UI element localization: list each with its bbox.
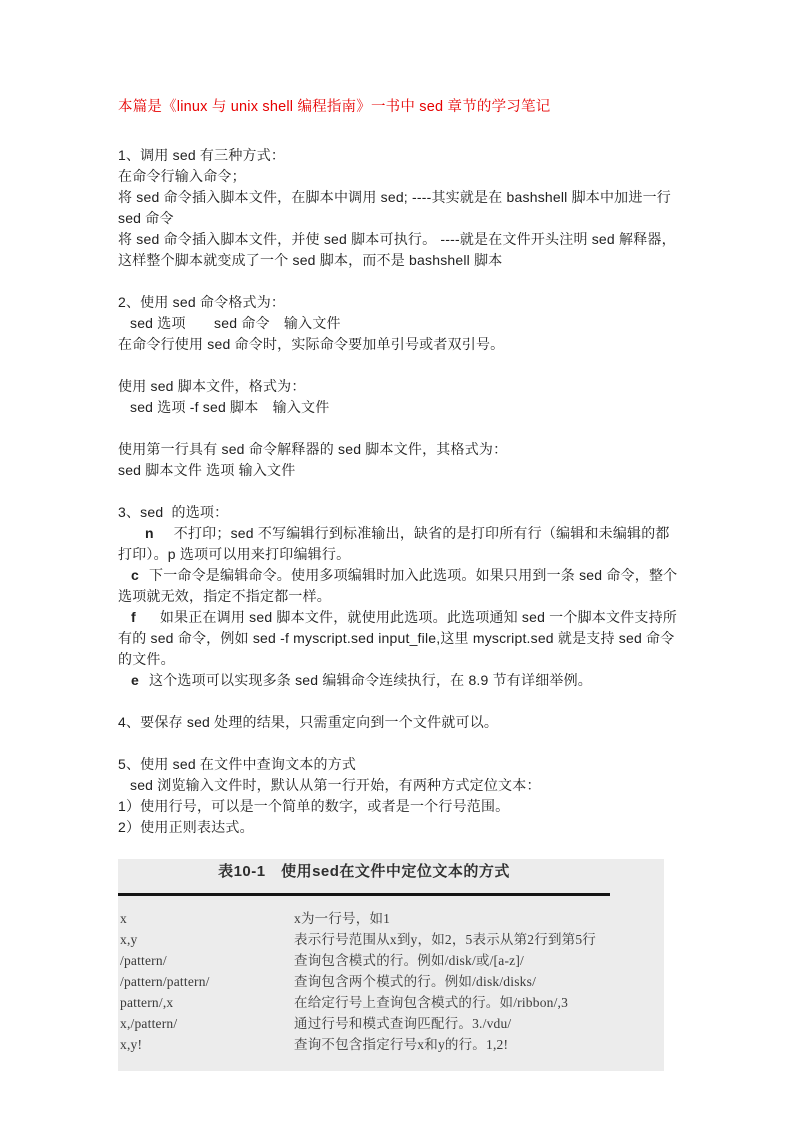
table-cell-pattern: x,y bbox=[118, 929, 294, 950]
scanned-table-image: 表10-1 使用sed在文件中定位文本的方式 x x为一行号，如1 x,y 表示… bbox=[118, 859, 664, 1071]
paragraph-line: 1）使用行号，可以是一个简单的数字，或者是一个行号范围。 bbox=[118, 796, 678, 817]
section-sed-options: 3、sed 的选项： n不打印；sed 不写编辑行到标准输出，缺省的是打印所有行… bbox=[118, 502, 678, 691]
option-key-f: f bbox=[131, 609, 136, 625]
doc-title: 本篇是《linux 与 unix shell 编程指南》一书中 sed 章节的学… bbox=[118, 97, 678, 118]
option-text: 不打印；sed 不写编辑行到标准输出，缺省的是打印所有行（编辑和未编辑的都打印）… bbox=[118, 525, 670, 562]
paragraph-line: 在命令行使用 sed 命令时，实际命令要加单引号或者双引号。 bbox=[118, 334, 678, 355]
table-cell-desc: 查询不包含指定行号x和y的行。1,2! bbox=[294, 1034, 664, 1055]
option-key-c: c bbox=[131, 567, 139, 583]
section-heading: 5、使用 sed 在文件中查询文本的方式 bbox=[118, 754, 678, 775]
section-heading: 使用第一行具有 sed 命令解释器的 sed 脚本文件，其格式为： bbox=[118, 439, 678, 460]
table-cell-desc: 通过行号和模式查询匹配行。3./vdu/ bbox=[294, 1013, 664, 1034]
table-row: x,y! 查询不包含指定行号x和y的行。1,2! bbox=[118, 1034, 664, 1055]
section-sed-interpreter-format: 使用第一行具有 sed 命令解释器的 sed 脚本文件，其格式为： sed 脚本… bbox=[118, 439, 678, 481]
paragraph-line: 1、调用 sed 有三种方式： bbox=[118, 145, 678, 166]
paragraph-line: 将 sed 命令插入脚本文件，并使 sed 脚本可执行。 ----就是在文件开头… bbox=[118, 229, 678, 271]
table-cell-desc: 在给定行号上查询包含模式的行。如/ribbon/,3 bbox=[294, 992, 664, 1013]
table-cell-pattern: x,/pattern/ bbox=[118, 1013, 294, 1034]
section-heading: 2、使用 sed 命令格式为： bbox=[118, 292, 678, 313]
table-top-rule bbox=[118, 893, 610, 896]
option-n: n不打印；sed 不写编辑行到标准输出，缺省的是打印所有行（编辑和未编辑的都打印… bbox=[118, 523, 678, 565]
option-key-n: n bbox=[145, 525, 154, 541]
table-row: pattern/,x 在给定行号上查询包含模式的行。如/ribbon/,3 bbox=[118, 992, 664, 1013]
table-cell-desc: x为一行号，如1 bbox=[294, 908, 664, 929]
table-cell-pattern: pattern/,x bbox=[118, 992, 294, 1013]
option-e: e这个选项可以实现多条 sed 编辑命令连续执行，在 8.9 节有详细举例。 bbox=[118, 670, 678, 691]
paragraph-line: 2）使用正则表达式。 bbox=[118, 817, 678, 838]
table-cell-pattern: x bbox=[118, 908, 294, 929]
section-heading: 3、sed 的选项： bbox=[118, 502, 678, 523]
table-row: /pattern/pattern/ 查询包含两个模式的行。例如/disk/dis… bbox=[118, 971, 664, 992]
option-text: 如果正在调用 sed 脚本文件，就使用此选项。此选项通知 sed 一个脚本文件支… bbox=[118, 609, 677, 667]
paragraph-line: 4、要保存 sed 处理的结果，只需重定向到一个文件就可以。 bbox=[118, 712, 678, 733]
paragraph-line: 将 sed 命令插入脚本文件，在脚本中调用 sed; ----其实就是在 bas… bbox=[118, 187, 678, 229]
option-text: 下一命令是编辑命令。使用多项编辑时加入此选项。如果只用到一条 sed 命令，整个… bbox=[118, 567, 677, 604]
paragraph-line: 在命令行输入命令； bbox=[118, 166, 678, 187]
format-line: sed 选项 sed 命令 输入文件 bbox=[118, 313, 678, 334]
table-cell-pattern: x,y! bbox=[118, 1034, 294, 1055]
document-page: 本篇是《linux 与 unix shell 编程指南》一书中 sed 章节的学… bbox=[118, 97, 678, 1071]
table-row: x,/pattern/ 通过行号和模式查询匹配行。3./vdu/ bbox=[118, 1013, 664, 1034]
option-f: f如果正在调用 sed 脚本文件，就使用此选项。此选项通知 sed 一个脚本文件… bbox=[118, 607, 678, 670]
table-cell-desc: 查询包含两个模式的行。例如/disk/disks/ bbox=[294, 971, 664, 992]
option-key-e: e bbox=[131, 672, 139, 688]
option-c: c下一命令是编辑命令。使用多项编辑时加入此选项。如果只用到一条 sed 命令，整… bbox=[118, 565, 678, 607]
format-line: sed 选项 -f sed 脚本 输入文件 bbox=[118, 397, 678, 418]
table-caption: 表10-1 使用sed在文件中定位文本的方式 bbox=[118, 861, 610, 882]
table-cell-desc: 表示行号范围从x到y，如2，5表示从第2行到第5行 bbox=[294, 929, 664, 950]
section-heading: 使用 sed 脚本文件，格式为： bbox=[118, 376, 678, 397]
format-line: sed 脚本文件 选项 输入文件 bbox=[118, 460, 678, 481]
section-sed-command-format: 2、使用 sed 命令格式为： sed 选项 sed 命令 输入文件 在命令行使… bbox=[118, 292, 678, 355]
table-cell-desc: 查询包含模式的行。例如/disk/或/[a-z]/ bbox=[294, 950, 664, 971]
section-save-results: 4、要保存 sed 处理的结果，只需重定向到一个文件就可以。 bbox=[118, 712, 678, 733]
section-sed-script-format: 使用 sed 脚本文件，格式为： sed 选项 -f sed 脚本 输入文件 bbox=[118, 376, 678, 418]
section-invoke-sed: 1、调用 sed 有三种方式： 在命令行输入命令； 将 sed 命令插入脚本文件… bbox=[118, 145, 678, 271]
table-cell-pattern: /pattern/pattern/ bbox=[118, 971, 294, 992]
table-row: x x为一行号，如1 bbox=[118, 908, 664, 929]
table-row: /pattern/ 查询包含模式的行。例如/disk/或/[a-z]/ bbox=[118, 950, 664, 971]
locate-methods-table: x x为一行号，如1 x,y 表示行号范围从x到y，如2，5表示从第2行到第5行… bbox=[118, 908, 664, 1055]
table-row: x,y 表示行号范围从x到y，如2，5表示从第2行到第5行 bbox=[118, 929, 664, 950]
table-cell-pattern: /pattern/ bbox=[118, 950, 294, 971]
paragraph-line: sed 浏览输入文件时，默认从第一行开始，有两种方式定位文本： bbox=[118, 775, 678, 796]
option-text: 这个选项可以实现多条 sed 编辑命令连续执行，在 8.9 节有详细举例。 bbox=[149, 672, 592, 688]
section-locate-text: 5、使用 sed 在文件中查询文本的方式 sed 浏览输入文件时，默认从第一行开… bbox=[118, 754, 678, 838]
